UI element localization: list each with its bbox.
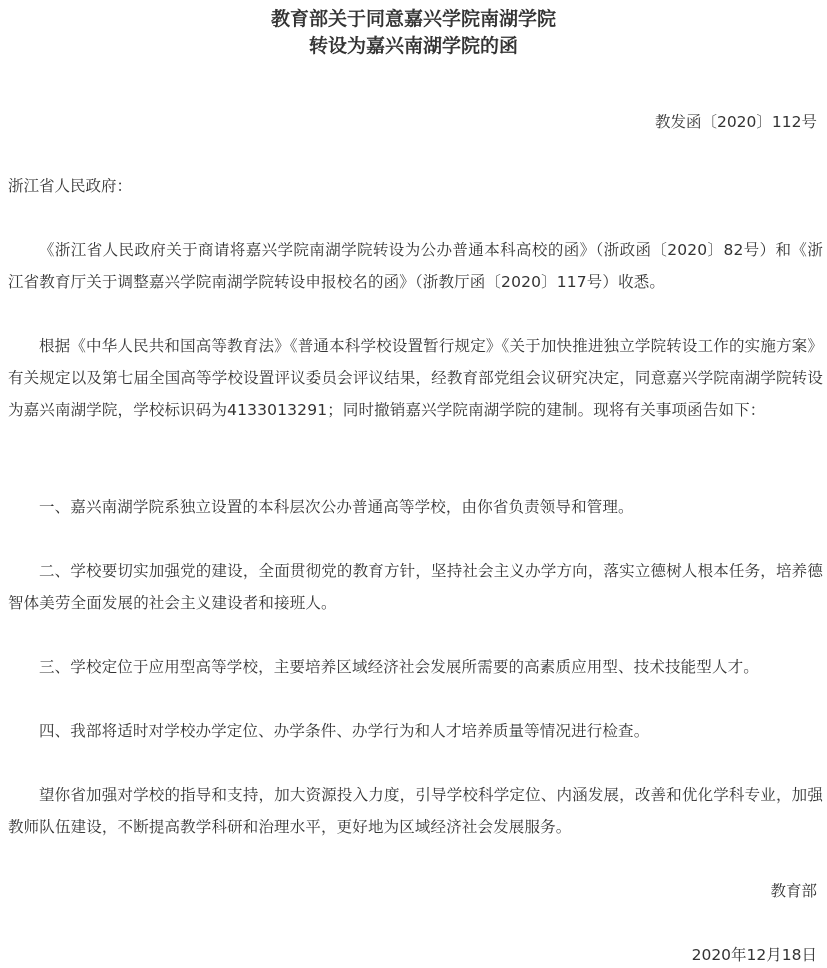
signature: 教育部: [770, 875, 817, 907]
paragraph-item-2: 二、学校要切实加强党的建设，全面贯彻党的教育方针，坚持社会主义办学方向，落实立德…: [8, 555, 823, 619]
paragraph-item-3: 三、学校定位于应用型高等学校，主要培养区域经济社会发展所需要的高素质应用型、技术…: [8, 651, 823, 683]
paragraph-item-4: 四、我部将适时对学校办学定位、办学条件、办学行为和人才培养质量等情况进行检查。: [8, 715, 823, 747]
salutation: 浙江省人民政府：: [8, 170, 132, 202]
title-line-2: 转设为嘉兴南湖学院的函: [0, 33, 827, 60]
paragraph-decision: 根据《中华人民共和国高等教育法》《普通本科学校设置暂行规定》《关于加快推进独立学…: [8, 330, 823, 426]
issue-date: 2020年12月18日: [692, 939, 817, 968]
paragraph-referenced-letters: 《浙江省人民政府关于商请将嘉兴学院南湖学院转设为公办普通本科高校的函》（浙政函〔…: [8, 234, 823, 298]
paragraph-item-1: 一、嘉兴南湖学院系独立设置的本科层次公办普通高等学校，由你省负责领导和管理。: [8, 491, 823, 523]
document-title: 教育部关于同意嘉兴学院南湖学院 转设为嘉兴南湖学院的函: [0, 6, 827, 60]
title-line-1: 教育部关于同意嘉兴学院南湖学院: [0, 6, 827, 33]
document-number: 教发函〔2020〕112号: [655, 106, 817, 138]
paragraph-closing: 望你省加强对学校的指导和支持，加大资源投入力度，引导学校科学定位、内涵发展，改善…: [8, 779, 823, 843]
